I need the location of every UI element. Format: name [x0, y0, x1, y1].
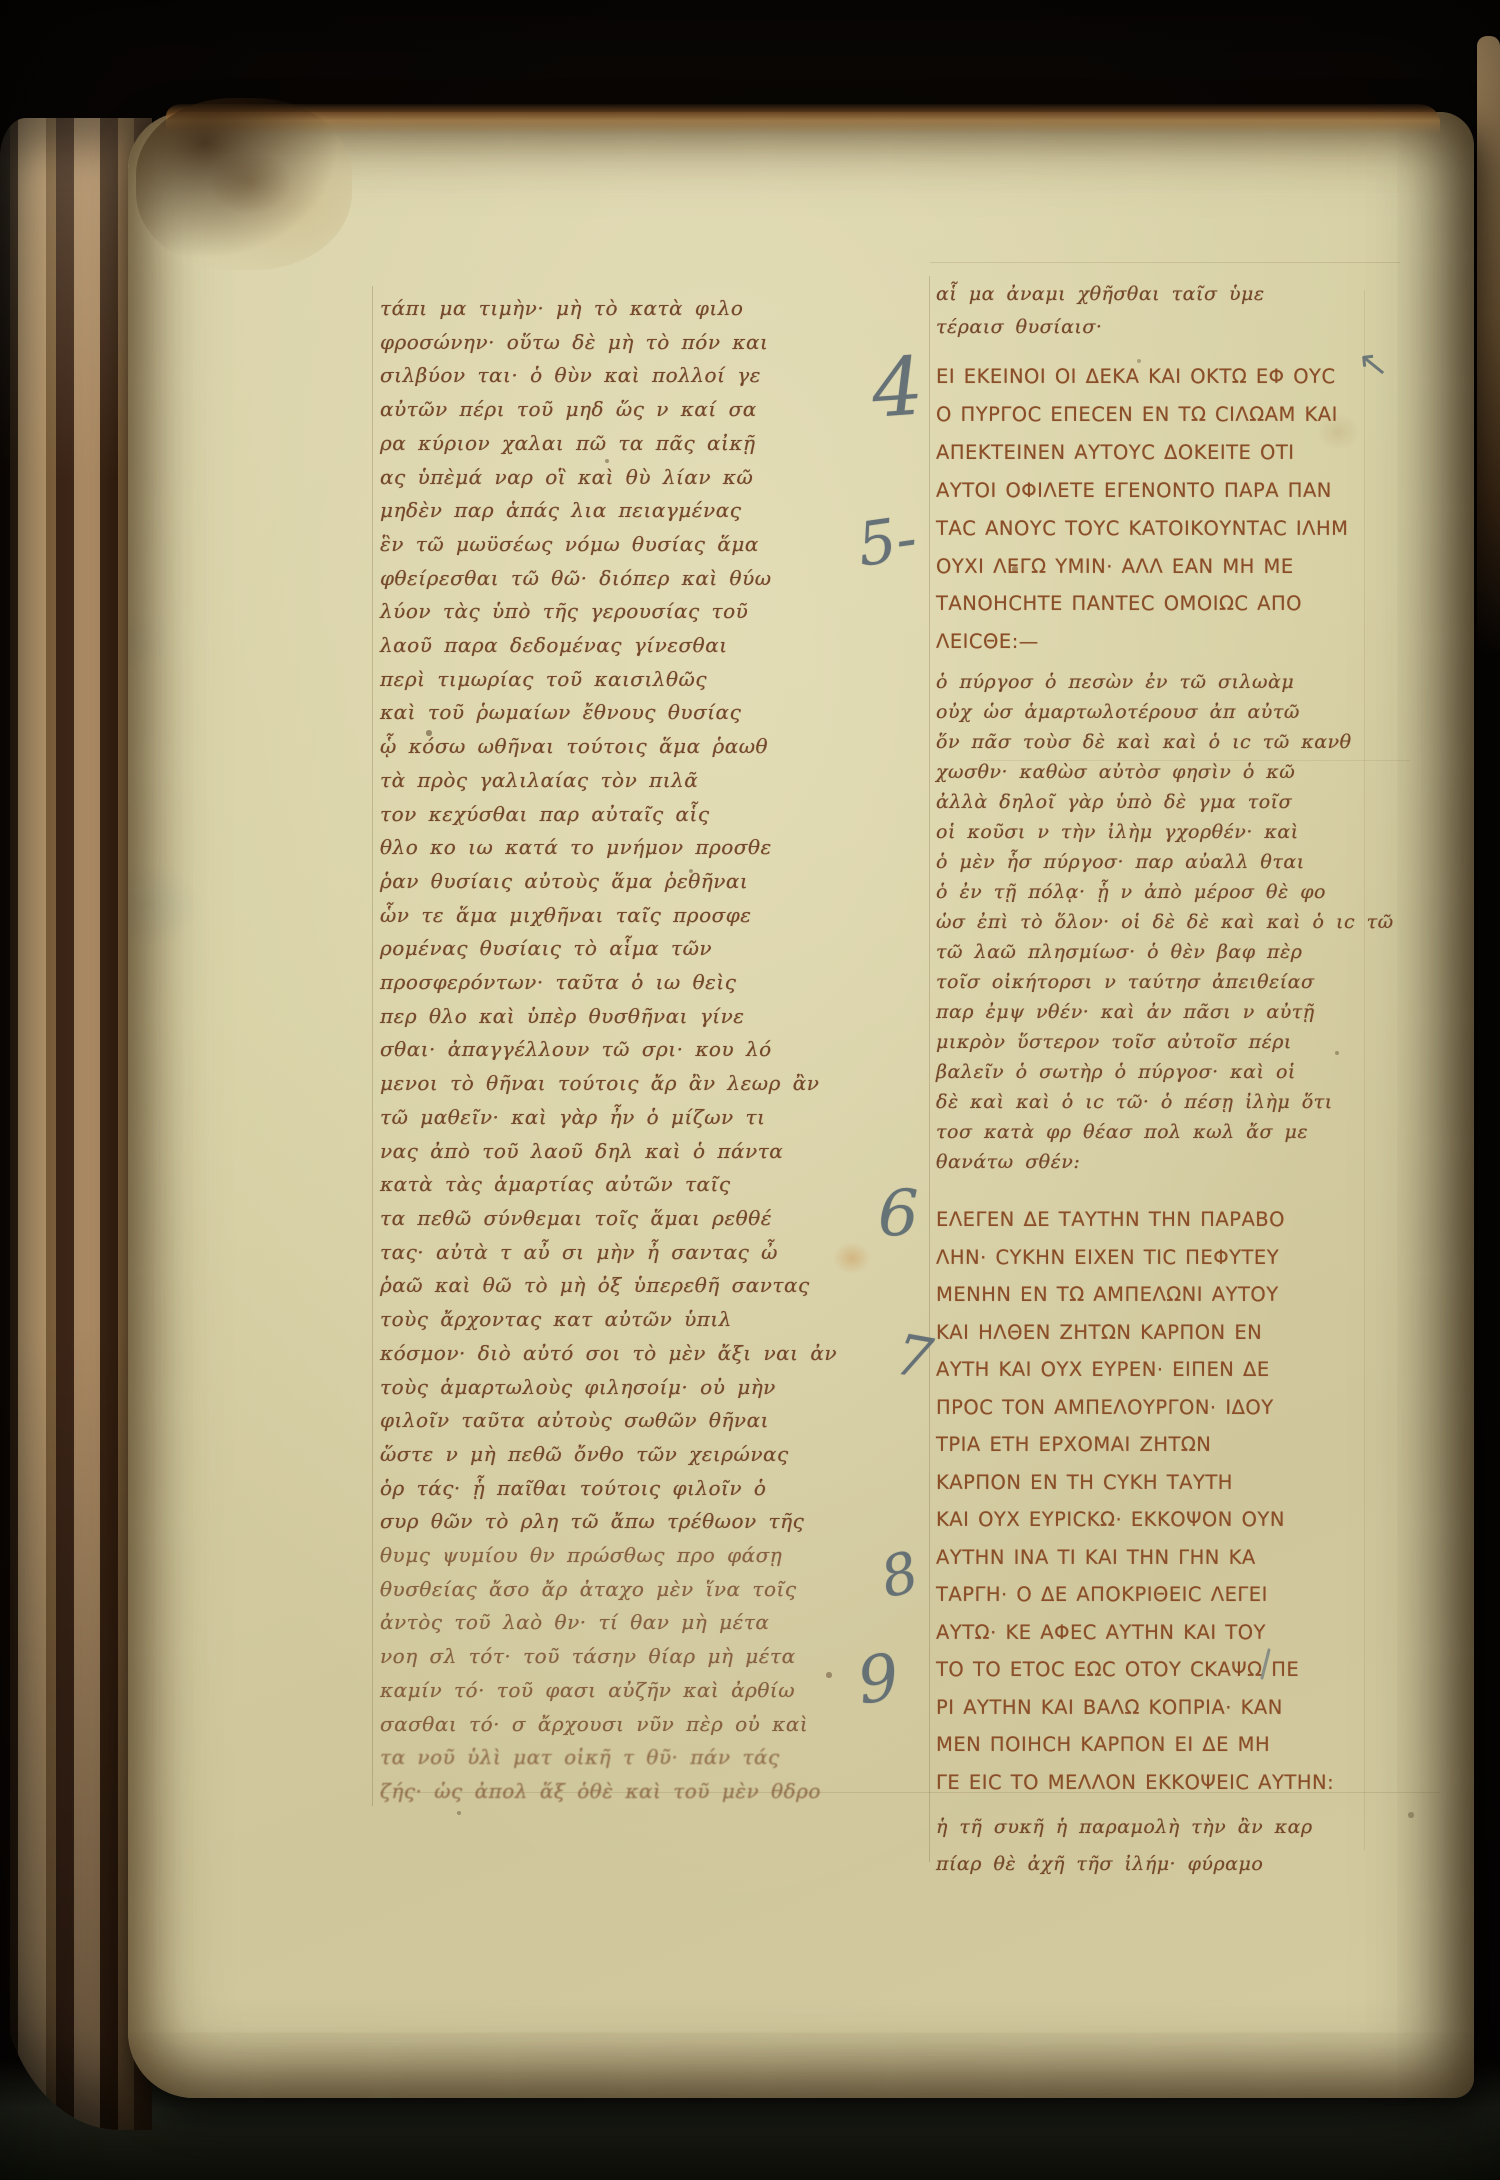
commentary-text-line: τέραισ θυσίαισ·	[936, 311, 1372, 344]
commentary-text-line: ὁρ τάς· ᾗ παῖθαι τούτοις φιλοῖν ὁ	[380, 1472, 800, 1506]
commentary-text-line: χωσθν· καθὼσ αὐτὸσ φησὶν ὁ κῶ	[936, 757, 1372, 787]
gospel-text-line: ΤΑΡΓΗ· Ο ΔΕ ΑΠΟΚΡΙΘΕΙϹ ΛΕΓΕΙ	[936, 1576, 1372, 1614]
gospel-text-line: ΚΑΙ ΟΥΧ ΕΥΡΙϹΚΩ· ΕΚΚΟΨΟΝ ΟΥΝ	[936, 1501, 1372, 1539]
commentary-text-line: τον κεχύσθαι παρ αὐταῖς αἷς	[380, 798, 800, 832]
commentary-text-line: ὧν τε ἅμα μιχθῆναι ταῖς προσφε	[380, 899, 800, 933]
commentary-text-line: νοη σλ τότ· τοῦ τάσην θίαρ μὴ μέτα	[380, 1640, 800, 1674]
gospel-text-line: ΑΥΤΩ· ΚΕ ΑΦΕϹ ΑΥΤΗΝ ΚΑΙ ΤΟΥ	[936, 1614, 1372, 1652]
commentary-text-line: λαοῦ παρα δεδομένας γίνεσθαι	[380, 629, 800, 663]
commentary-text-line: ἀλλὰ δηλοῖ γὰρ ὑπὸ δὲ γμα τοῖσ	[936, 787, 1372, 817]
commentary-text-line: μηδὲν παρ ἁπάς λια πειαγμένας	[380, 494, 800, 528]
commentary-text-line: ὁ μὲν ἧσ πύργοσ· παρ αὐαλλ θται	[936, 847, 1372, 877]
commentary-text-line: λύον τὰς ὑπὸ τῆς γερουσίας τοῦ	[380, 595, 800, 629]
gospel-text-line: ΤΑϹ ΑΝΟΥϹ ΤΟΥϹ ΚΑΤΟΙΚΟΥΝΤΑϹ ΙΛΗΜ	[936, 510, 1372, 548]
commentary-text-segment: ὁ πύργοσ ὁ πεσὼν ἐν τῶ σιλωὰμοὐχ ὡσ ἁμαρ…	[936, 667, 1372, 1177]
commentary-text-line: ὁ πύργοσ ὁ πεσὼν ἐν τῶ σιλωὰμ	[936, 667, 1372, 697]
gospel-text-line: ΑΥΤΗΝ ΙΝΑ ΤΙ ΚΑΙ ΤΗΝ ΓΗΝ ΚΑ	[936, 1539, 1372, 1577]
commentary-text-line: παρ ἐμψ νθέν· καὶ ἀν πᾶσι ν αὐτῇ	[936, 997, 1372, 1027]
commentary-text-line: οὐχ ὡσ ἁμαρτωλοτέρουσ ἀπ αὐτῶ	[936, 697, 1372, 727]
commentary-text-line: τῶ μαθεῖν· καὶ γὰρ ἦν ὁ μίζων τι	[380, 1101, 800, 1135]
gospel-text-line: ΕΛΕΓΕΝ ΔΕ ΤΑΥΤΗΝ ΤΗΝ ΠΑΡΑΒΟ	[936, 1201, 1372, 1239]
ruling-line-horizontal	[930, 262, 1400, 263]
commentary-text-line: ῥαῶ καὶ θῶ τὸ μὴ ὀξ ὑπερεθῆ σαντας	[380, 1269, 800, 1303]
gospel-text-line: ΡΙ ΑΥΤΗΝ ΚΑΙ ΒΑΛΩ ΚΟΠΡΙΑ· ΚΑΝ	[936, 1689, 1372, 1727]
commentary-text-line: νας ἀπὸ τοῦ λαοῦ δηλ καὶ ὁ πάντα	[380, 1135, 800, 1169]
gospel-text-line: ΑΠΕΚΤΕΙΝΕΝ ΑΥΤΟΥϹ ΔΟΚΕΙΤΕ ΟΤΙ	[936, 434, 1372, 472]
ruling-line-vertical	[929, 276, 930, 1862]
gospel-text-line: Ο ΠΥΡΓΟϹ ΕΠΕϹΕΝ ΕΝ ΤΩ ϹΙΛΩΑΜ ΚΑΙ	[936, 396, 1372, 434]
gospel-text-line: ΤΟ ΤΟ ΕΤΟϹ ΕΩϹ ΟΤΟΥ ϹΚΑΨΩ ΠΕ	[936, 1651, 1372, 1689]
commentary-text-line: θλο κο ιω κατά το μνήμον προσθε	[380, 831, 800, 865]
commentary-text-segment: αἷ μα ἀναμι χθῆσθαι ταῖσ ὑμετέραισ θυσία…	[936, 278, 1372, 344]
margin-chapter-numeral: 5-	[854, 508, 920, 576]
commentary-text-line: αὐτῶν πέρι τοῦ μηδ ὥς ν καί σα	[380, 393, 800, 427]
commentary-text-line: ᾧ κόσω ωθῆναι τούτοις ἅμα ῥαωθ	[380, 730, 800, 764]
commentary-text-line: ὥστε ν μὴ πεθῶ ὄνθο τῶν χειρώνας	[380, 1438, 800, 1472]
commentary-text-line: κόσμον· διὸ αὐτό σοι τὸ μὲν ἄξι ναι ἀν	[380, 1337, 800, 1371]
commentary-text-line: συρ θῶν τὸ ρλη τῶ ἄπω τρέθωον τῆς	[380, 1505, 800, 1539]
commentary-text-line: ὁ ἐν τῇ πόλᾳ· ᾗ ν ἀπὸ μέροσ θὲ φο	[936, 877, 1372, 907]
commentary-text-line: καὶ τοῦ ῥωμαίων ἔθνους θυσίας	[380, 696, 800, 730]
gospel-text-line: ΟΥΧΙ ΛΕΓΩ ΥΜΙΝ· ΑΛΛ ΕΑΝ ΜΗ ΜΕ	[936, 548, 1372, 586]
commentary-text-line: σασθαι τό· σ ἄρχουσι νῦν πὲρ οὐ καὶ	[380, 1708, 800, 1742]
commentary-text-line: κατὰ τὰς ἁμαρτίας αὐτῶν ταῖς	[380, 1168, 800, 1202]
gospel-text-line: ΛΕΙϹΘΕ:—	[936, 623, 1372, 661]
gospel-text-line: ΠΡΟϹ ΤΟΝ ΑΜΠΕΛΟΥΡΓΟΝ· ΙΔΟΥ	[936, 1389, 1372, 1427]
gospel-text-line: ΓΕ ΕΙϹ ΤΟ ΜΕΛΛΟΝ ΕΚΚΟΨΕΙϹ ΑΥΤΗΝ:	[936, 1764, 1372, 1802]
gospel-text-line: ΑΥΤΟΙ ΟΦΙΛΕΤΕ ΕΓΕΝΟΝΤΟ ΠΑΡΑ ΠΑΝ	[936, 472, 1372, 510]
ruling-line-vertical	[372, 286, 373, 1806]
commentary-text-line: τας· αὐτὰ τ αὖ σι μὴν ἦ σαντας ὦ	[380, 1236, 800, 1270]
commentary-text-line: δὲ καὶ καὶ ὁ ιϲ τῶ· ὁ πέσῃ ἰλὴμ ὅτι	[936, 1087, 1372, 1117]
commentary-text-line: περ θλο καὶ ὑπὲρ θυσθῆναι γίνε	[380, 1000, 800, 1034]
commentary-text-line: φιλοῖν ταῦτα αὐτοὺς σωθῶν θῆναι	[380, 1404, 800, 1438]
commentary-text-line: περὶ τιμωρίας τοῦ καισιλθῶς	[380, 663, 800, 697]
gospel-text-line: ΤΡΙΑ ΕΤΗ ΕΡΧΟΜΑΙ ΖΗΤΩΝ	[936, 1426, 1372, 1464]
gospel-text-line: ΜΕΝΗΝ ΕΝ ΤΩ ΑΜΠΕΛΩΝΙ ΑΥΤΟΥ	[936, 1276, 1372, 1314]
margin-chapter-numeral: 9	[854, 1645, 903, 1714]
commentary-text-line: τοὺς ἄρχοντας κατ αὐτῶν ὑπιλ	[380, 1303, 800, 1337]
margin-chapter-numeral: 4	[869, 346, 925, 429]
commentary-text-line: προσφερόντων· ταῦτα ὁ ιω θεὶς	[380, 966, 800, 1000]
commentary-text-line: τὰ πρὸς γαλιλαίας τὸν πιλᾶ	[380, 764, 800, 798]
gospel-text-line: ΚΑΙ ΗΛΘΕΝ ΖΗΤΩΝ ΚΑΡΠΟΝ ΕΝ	[936, 1314, 1372, 1352]
commentary-text-line: τοσ κατὰ φρ θέασ πολ κωλ ἄσ με	[936, 1117, 1372, 1147]
gospel-text-line: ΤΑΝΟΗϹΗΤΕ ΠΑΝΤΕϹ ΟΜΟΙΩϹ ΑΠΟ	[936, 585, 1372, 623]
text-column-left: τάπι μα τιμὴν· μὴ τὸ κατὰ φιλοφροσώνην· …	[380, 292, 800, 1809]
commentary-text-line: τῶ λαῶ πλησμίωσ· ὁ θὲν βαφ πὲρ	[936, 937, 1372, 967]
page-top-edge	[166, 104, 1440, 134]
margin-chapter-numeral: 6	[878, 1182, 919, 1246]
commentary-text-line: μενοι τὸ θῆναι τούτοις ἄρ ἂν λεωρ ἂν	[380, 1067, 800, 1101]
gospel-text-segment: ΕΙ ΕΚΕΙΝΟΙ ΟΙ ΔΕΚΑ ΚΑΙ ΟΚΤΩ ΕΦ ΟΥϹΟ ΠΥΡΓ…	[936, 358, 1372, 661]
commentary-text-line: ἀντὸς τοῦ λαὸ θν· τί θαν μὴ μέτα	[380, 1606, 800, 1640]
commentary-text-line: τα νοῦ ὑλὶ ματ οἰκῆ τ θῦ· πάν τάς	[380, 1741, 800, 1775]
commentary-text-line: θυμς ψυμίου θν πρώσθως προ φάσῃ	[380, 1539, 800, 1573]
commentary-text-line: ρα κύριον χαλαι πῶ τα πᾶς αἰκῇ	[380, 427, 800, 461]
gospel-text-segment: ΕΛΕΓΕΝ ΔΕ ΤΑΥΤΗΝ ΤΗΝ ΠΑΡΑΒΟΛΗΝ· ϹΥΚΗΝ ΕΙ…	[936, 1201, 1372, 1801]
commentary-text-line: φθείρεσθαι τῶ θῶ· διόπερ καὶ θύω	[380, 562, 800, 596]
foxing-specks	[128, 112, 130, 114]
commentary-text-line: σθαι· ἀπαγγέλλουν τῶ σρι· κου λό	[380, 1033, 800, 1067]
gospel-text-line: ΑΥΤΗ ΚΑΙ ΟΥΧ ΕΥΡΕΝ· ΕΙΠΕΝ ΔΕ	[936, 1351, 1372, 1389]
commentary-text-line: καμίν τό· τοῦ φασι αὐζῆν καὶ ἀρθίω	[380, 1674, 800, 1708]
commentary-text-line: τοῖσ οἰκήτορσι ν ταύτησ ἀπειθείασ	[936, 967, 1372, 997]
commentary-text-line: ὡσ ἐπὶ τὸ ὅλον· οἱ δὲ δὲ καὶ καὶ ὁ ιϲ τῶ	[936, 907, 1372, 937]
commentary-text-line: βαλεῖν ὁ σωτὴρ ὁ πύργοσ· καὶ οἱ	[936, 1057, 1372, 1087]
commentary-text-line: μικρὸν ὕστερον τοῖσ αὐτοῖσ πέρι	[936, 1027, 1372, 1057]
commentary-text-line: σιλβύον ται· ὁ θὺν καὶ πολλοί γε	[380, 359, 800, 393]
commentary-text-segment: ἡ τῆ συκῆ ἡ παραμολὴ τὴν ἂν καρπίαρ θὲ ἀ…	[936, 1809, 1372, 1883]
facing-leaf-edge	[1477, 36, 1500, 656]
commentary-text-line: φροσώνην· οὕτω δὲ μὴ τὸ πόν και	[380, 326, 800, 360]
margin-arrow-mark: ↖	[1356, 343, 1390, 387]
text-column-right: αἷ μα ἀναμι χθῆσθαι ταῖσ ὑμετέραισ θυσία…	[936, 278, 1372, 1883]
commentary-text-line: θυσθείας ἄσο ἄρ ἀταχο μὲν ἵνα τοῖς	[380, 1573, 800, 1607]
gospel-text-line: ΚΑΡΠΟΝ ΕΝ ΤΗ ϹΥΚΗ ΤΑΥΤΗ	[936, 1464, 1372, 1502]
commentary-text-line: ἓν τῶ μωϋσέως νόμω θυσίας ἅμα	[380, 528, 800, 562]
commentary-text-line: πίαρ θὲ ἀχῆ τῆσ ἰλήμ· φύραμο	[936, 1846, 1372, 1883]
commentary-text-line: τα πεθῶ σύνθεμαι τοῖς ἅμαι ρεθθέ	[380, 1202, 800, 1236]
gospel-text-line: ΛΗΝ· ϹΥΚΗΝ ΕΙΧΕΝ ΤΙϹ ΠΕΦΥΤΕΥ	[936, 1239, 1372, 1277]
gospel-text-line: ΜΕΝ ΠΟΙΗϹΗ ΚΑΡΠΟΝ ΕΙ ΔΕ ΜΗ	[936, 1726, 1372, 1764]
commentary-text-line: τάπι μα τιμὴν· μὴ τὸ κατὰ φιλο	[380, 292, 800, 326]
commentary-text-line: τοὺς ἁμαρτωλοὺς φιλησοίμ· οὐ μὴν	[380, 1371, 800, 1405]
page-corner-damage	[136, 98, 352, 270]
manuscript-photo: τάπι μα τιμὴν· μὴ τὸ κατὰ φιλοφροσώνην· …	[0, 0, 1500, 2180]
commentary-text-line: ἡ τῆ συκῆ ἡ παραμολὴ τὴν ἂν καρ	[936, 1809, 1372, 1846]
commentary-text-line: ρομένας θυσίαις τὸ αἷμα τῶν	[380, 932, 800, 966]
commentary-text-line: θανάτω σθέν:	[936, 1147, 1372, 1177]
commentary-text-line: ας ὑπὲμά ναρ οἳ καὶ θὺ λίαν κῶ	[380, 461, 800, 495]
commentary-text-line: οἱ κοῦσι ν τὴν ἰλὴμ γχορθέν· καὶ	[936, 817, 1372, 847]
gospel-text-line: ΕΙ ΕΚΕΙΝΟΙ ΟΙ ΔΕΚΑ ΚΑΙ ΟΚΤΩ ΕΦ ΟΥϹ	[936, 358, 1372, 396]
commentary-text-line: ὅν πᾶσ τοὺσ δὲ καὶ καὶ ὁ ιϲ τῶ κανθ	[936, 727, 1372, 757]
commentary-text-line: ζής· ὡς ἀπολ ἅξ ὁθὲ καὶ τοῦ μὲν θδρο	[380, 1775, 800, 1809]
commentary-text-line: ῥαν θυσίαις αὐτοὺς ἅμα ῥεθῆναι	[380, 865, 800, 899]
commentary-text-line: αἷ μα ἀναμι χθῆσθαι ταῖσ ὑμε	[936, 278, 1372, 311]
